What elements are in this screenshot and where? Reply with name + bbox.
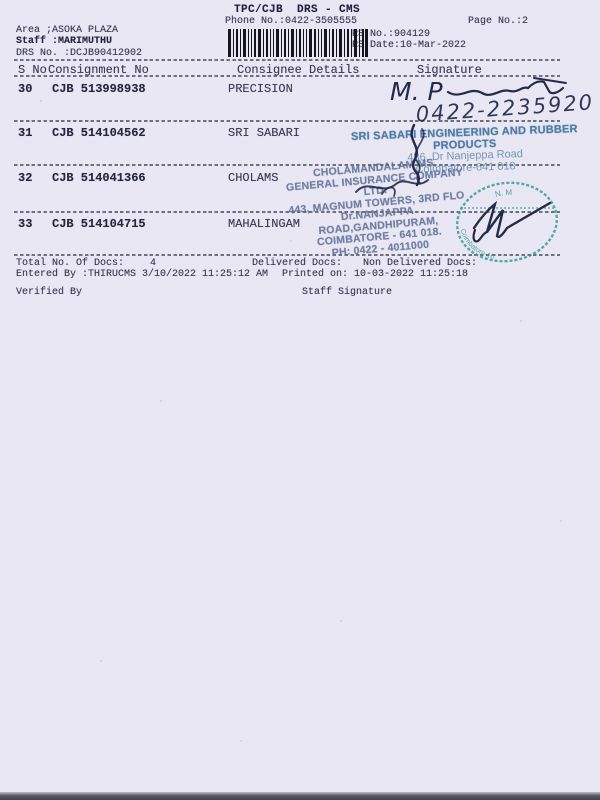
printed-on-line: Printed on: 10-03-2022 11:25:18 [282,269,468,280]
drs-no-line: DRS No. :DCJB90412902 [16,48,142,59]
rs-date-line: RS Date:10-Mar-2022 [352,40,466,51]
row-consignee: PRECISION [228,82,293,96]
non-delivered-docs-label: Non Delivered Docs: [363,258,477,269]
col-header-sno: S No [18,63,47,77]
row-consignee: SRI SABARI [228,126,300,140]
total-docs-value: 4 [150,258,156,269]
row-sno: 31 [18,126,32,140]
row-sno: 32 [18,171,32,185]
stamp-round-seal: N. M Coimbatore-16 [450,178,565,270]
scanned-drs-document: TPC/CJB DRS - CMS Phone No.:0422-3505555… [0,0,600,800]
entered-by-line: Entered By :THIRUCMS 3/10/2022 11:25:12 … [16,269,268,280]
total-docs-label: Total No. Of Docs: [16,258,124,269]
round-stamp-ring-top-text: N. M [494,188,513,199]
verified-by-label: Verified By [16,287,82,298]
staff-signature-label: Staff Signature [302,287,392,298]
scan-noise [40,100,42,102]
delivered-docs-label: Delivered Docs: [252,258,342,269]
row-sno: 33 [18,217,32,231]
row-consignee: CHOLAMS [228,171,278,185]
page-number: Page No.:2 [468,16,528,27]
doc-title: TPC/CJB DRS - CMS [234,4,360,16]
scan-edge-shadow [0,792,600,800]
signature-scribble-cholam [352,172,432,200]
row-consignment: CJB 513998938 [52,82,146,96]
barcode [228,29,368,57]
col-header-consignment: Consignment No [48,63,149,77]
col-header-consignee: Consignee Details [237,63,359,77]
row-consignment: CJB 514041366 [52,171,146,185]
svg-text:N. M: N. M [494,188,513,199]
staff-line: Staff :MARIMUTHU [16,36,112,47]
phone-line: Phone No.:0422-3505555 [225,16,357,27]
row-consignment: CJB 514104562 [52,126,146,140]
area-line: Area ;ASOKA PLAZA [16,25,118,36]
row-consignment: CJB 514104715 [52,217,146,231]
separator-line [14,59,560,61]
row-sno: 30 [18,82,32,96]
